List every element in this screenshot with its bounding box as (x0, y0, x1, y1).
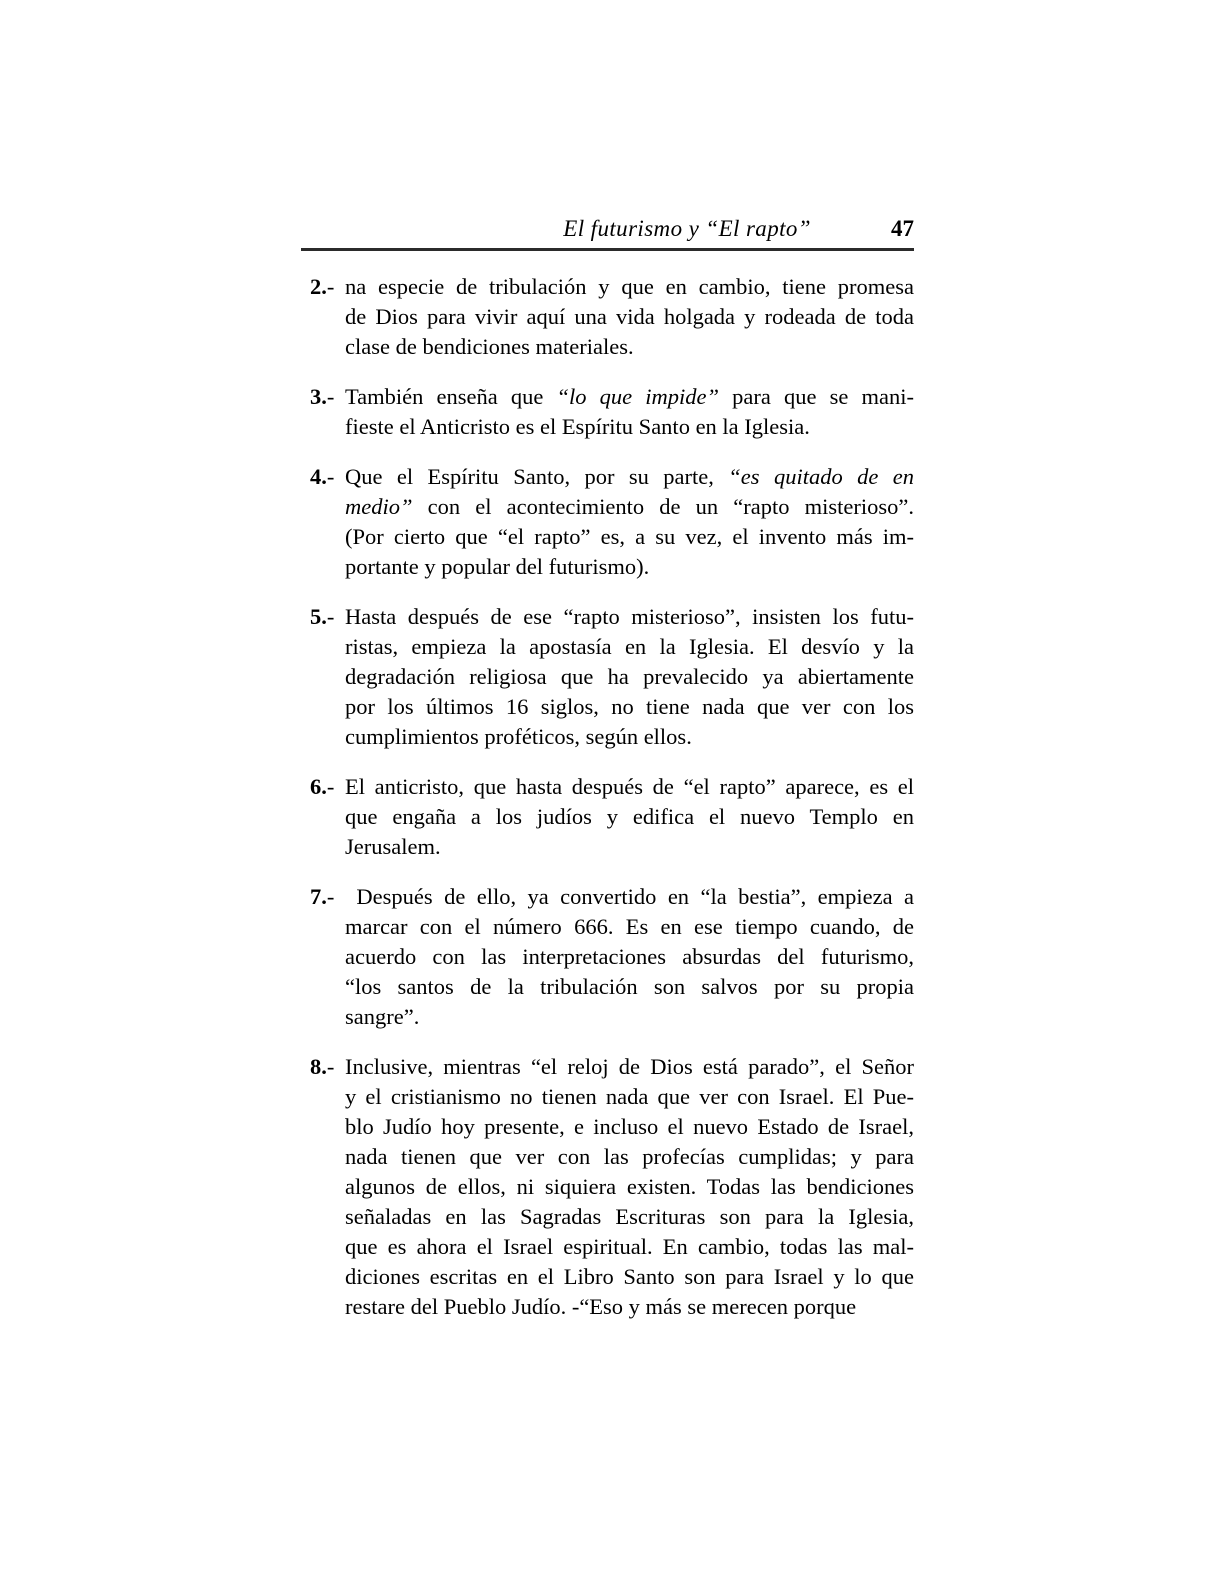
text-line: Jerusalem. (345, 832, 914, 862)
text-line: También enseña que “lo que impide” para … (345, 382, 914, 412)
item-number: 4.- (301, 462, 345, 582)
text-line: El anticristo, que hasta después de “el … (345, 772, 914, 802)
document-page: El futurismo y “El rapto” 47 2.-na espec… (0, 0, 1224, 1584)
text-line: degradación religiosa que ha prevalecido… (345, 662, 914, 692)
text-line: nada tienen que ver con las profecías cu… (345, 1142, 914, 1172)
item-number: 5.- (301, 602, 345, 752)
list-item: 4.-Que el Espíritu Santo, por su parte, … (301, 462, 914, 582)
item-text: na especie de tribulación y que en cambi… (345, 272, 914, 362)
item-number: 3.- (301, 382, 345, 442)
text-line: algunos de ellos, ni siquiera existen. T… (345, 1172, 914, 1202)
text-line: Hasta después de ese “rapto misterioso”,… (345, 602, 914, 632)
text-line: portante y popular del futurismo). (345, 552, 914, 582)
list-item: 7.- Después de ello, ya convertido en “l… (301, 882, 914, 1032)
numbered-list: 2.-na especie de tribulación y que en ca… (301, 272, 914, 1322)
text-line: diciones escritas en el Libro Santo son … (345, 1262, 914, 1292)
item-number: 8.- (301, 1052, 345, 1322)
text-line: marcar con el número 666. Es en ese tiem… (345, 912, 914, 942)
item-number: 2.- (301, 272, 345, 362)
text-line: Que el Espíritu Santo, por su parte, “es… (345, 462, 914, 492)
item-text: Inclusive, mientras “el reloj de Dios es… (345, 1052, 914, 1322)
item-text: Después de ello, ya convertido en “la be… (345, 882, 914, 1032)
text-line: ristas, empieza la apostasía en la Igles… (345, 632, 914, 662)
page-number: 47 (891, 216, 914, 242)
text-line: de Dios para vivir aquí una vida holgada… (345, 302, 914, 332)
page-content: El futurismo y “El rapto” 47 2.-na espec… (301, 0, 914, 1342)
item-text: El anticristo, que hasta después de “el … (345, 772, 914, 862)
text-line: por los últimos 16 siglos, no tiene nada… (345, 692, 914, 722)
text-line: cumplimientos proféticos, según ellos. (345, 722, 914, 752)
text-line: acuerdo con las interpretaciones absurda… (345, 942, 914, 972)
list-item: 6.-El anticristo, que hasta después de “… (301, 772, 914, 862)
text-line: clase de bendiciones materiales. (345, 332, 914, 362)
running-header-title: El futurismo y “El rapto” (563, 216, 811, 242)
item-text: Que el Espíritu Santo, por su parte, “es… (345, 462, 914, 582)
text-line: fieste el Anticristo es el Espíritu Sant… (345, 412, 914, 442)
text-line: Inclusive, mientras “el reloj de Dios es… (345, 1052, 914, 1082)
header-rule (301, 248, 914, 251)
text-line: que es ahora el Israel espiritual. En ca… (345, 1232, 914, 1262)
text-line: sangre”. (345, 1002, 914, 1032)
item-text: Hasta después de ese “rapto misterioso”,… (345, 602, 914, 752)
list-item: 3.-También enseña que “lo que impide” pa… (301, 382, 914, 442)
text-line: blo Judío hoy presente, e incluso el nue… (345, 1112, 914, 1142)
list-item: 5.-Hasta después de ese “rapto misterios… (301, 602, 914, 752)
list-item: 2.-na especie de tribulación y que en ca… (301, 272, 914, 362)
text-line: que engaña a los judíos y edifica el nue… (345, 802, 914, 832)
text-line: señaladas en las Sagradas Escrituras son… (345, 1202, 914, 1232)
item-text: También enseña que “lo que impide” para … (345, 382, 914, 442)
item-number: 7.- (301, 882, 345, 1032)
text-line: Después de ello, ya convertido en “la be… (345, 882, 914, 912)
text-line: (Por cierto que “el rapto” es, a su vez,… (345, 522, 914, 552)
text-line: y el cristianismo no tienen nada que ver… (345, 1082, 914, 1112)
text-line: na especie de tribulación y que en cambi… (345, 272, 914, 302)
text-line: “los santos de la tribulación son salvos… (345, 972, 914, 1002)
text-line: restare del Pueblo Judío. -“Eso y más se… (345, 1292, 914, 1322)
page-header: El futurismo y “El rapto” 47 (301, 0, 914, 242)
list-item: 8.-Inclusive, mientras “el reloj de Dios… (301, 1052, 914, 1322)
text-line: medio” con el acontecimiento de un “rapt… (345, 492, 914, 522)
item-number: 6.- (301, 772, 345, 862)
